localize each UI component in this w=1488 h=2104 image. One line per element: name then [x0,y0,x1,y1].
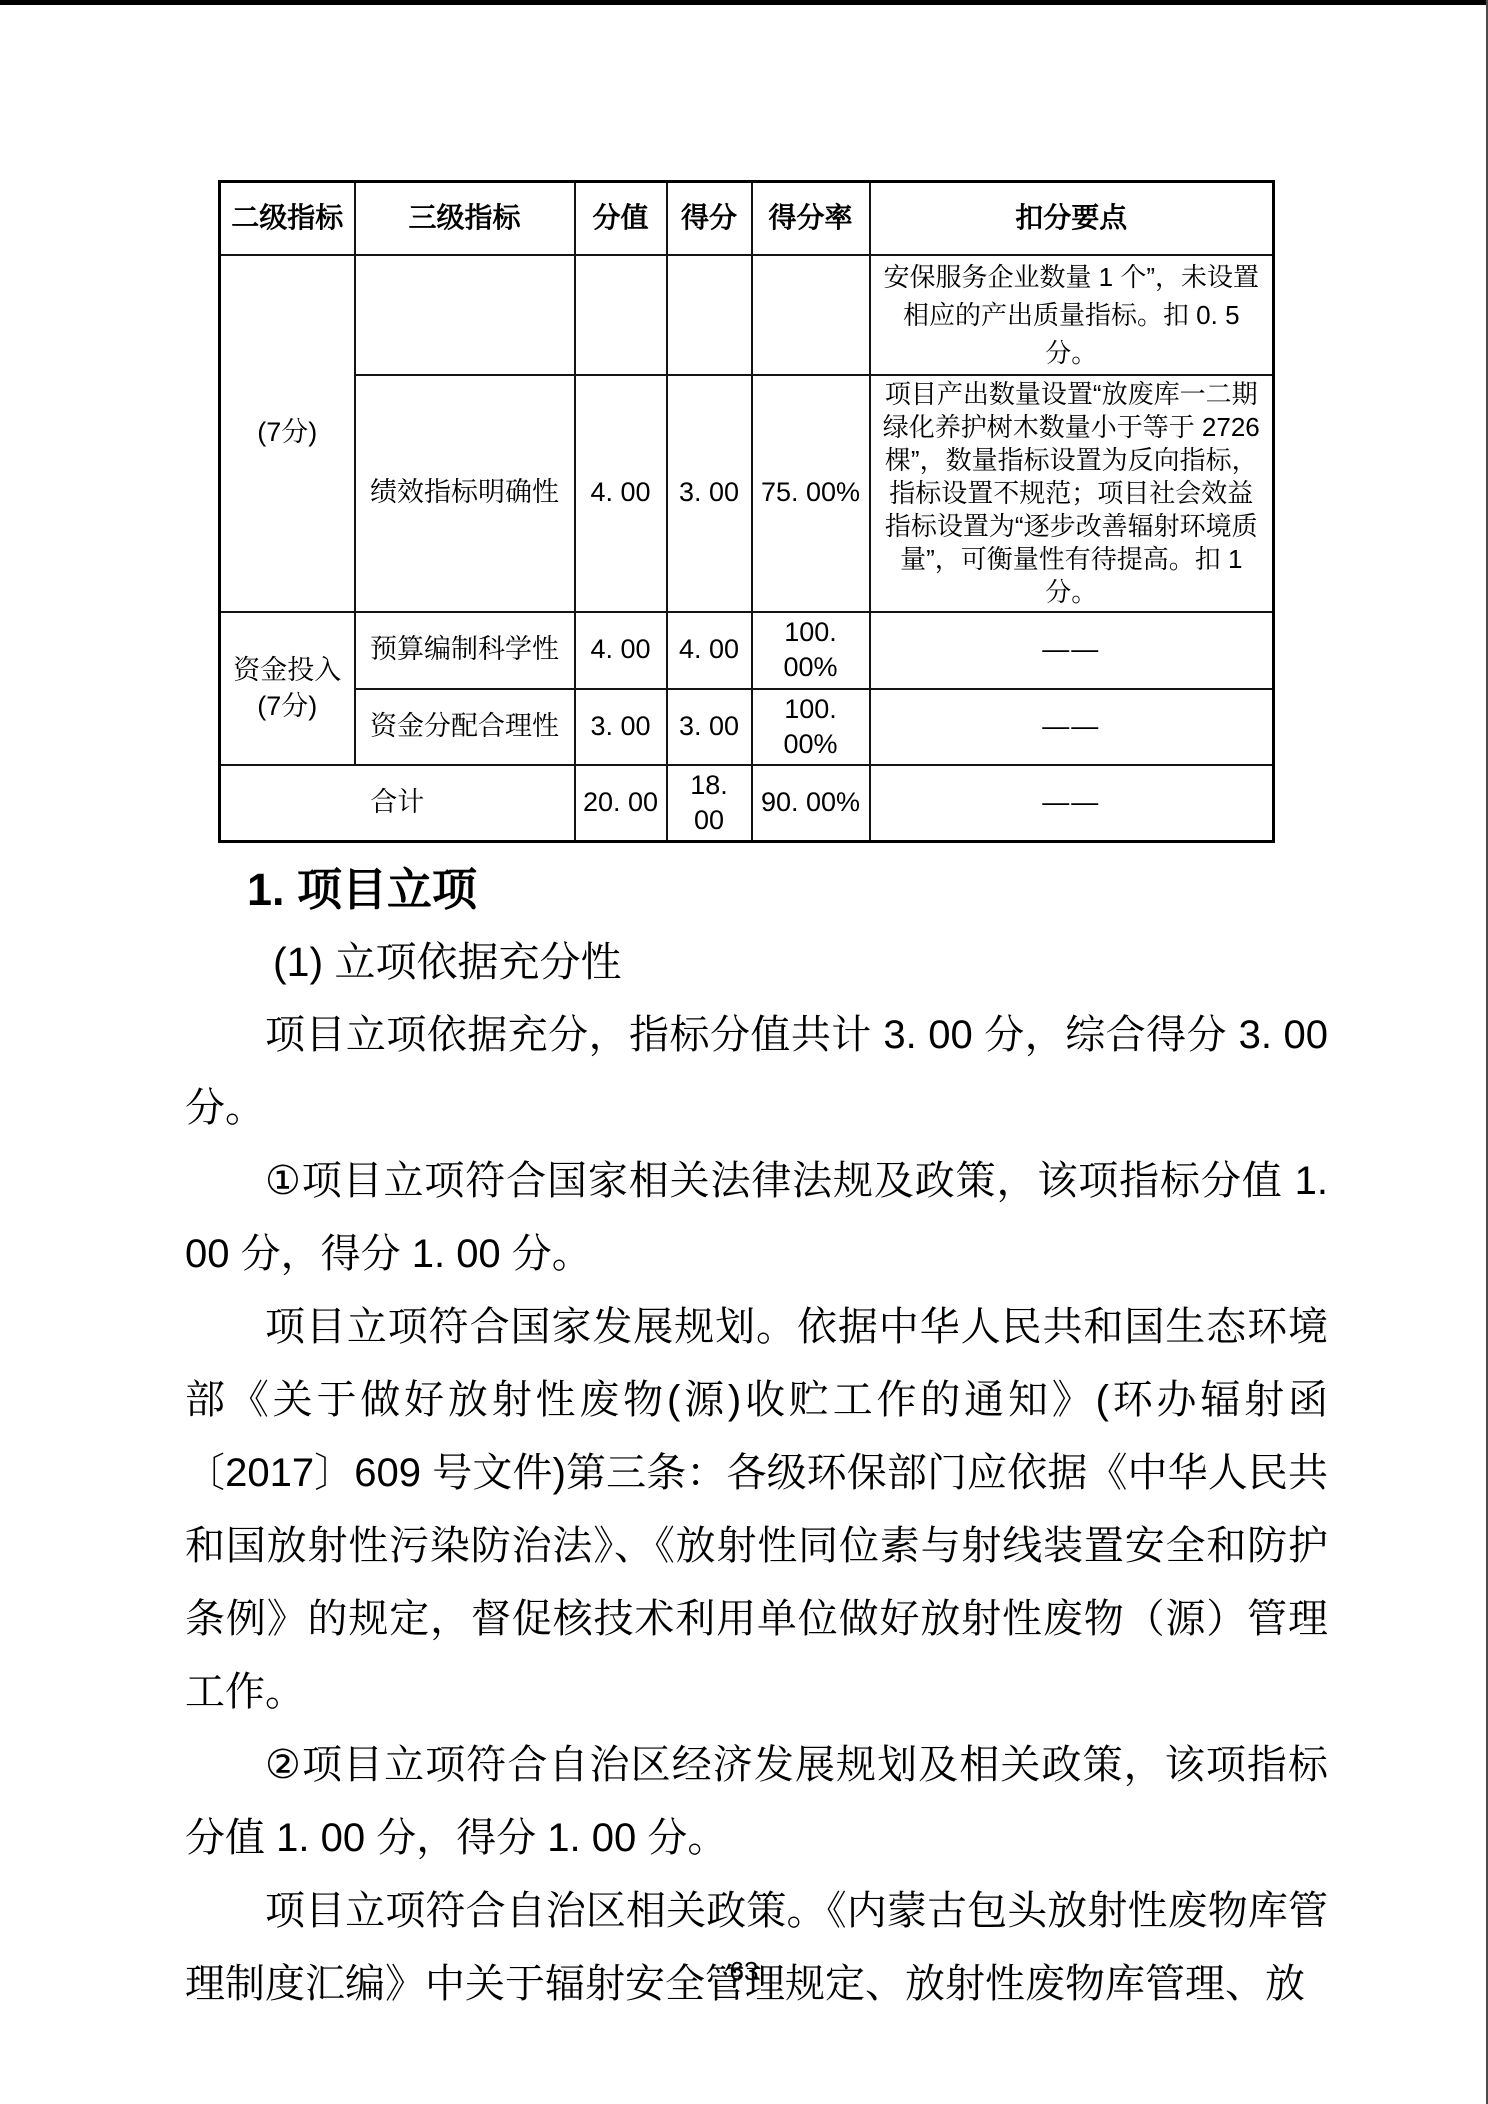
cell-total-score-value: 20. 00 [575,765,667,842]
cell-total-deduction: —— [870,765,1274,842]
cell-score-rate-jixiao: 75. 00% [752,375,870,612]
cell-total-score-got: 18. 00 [667,765,752,842]
zijin-label-line2: (7分) [227,688,348,724]
table-row-fenpei: 资金分配合理性 3. 00 3. 00 100. 00% —— [220,689,1274,765]
cell-score-got-fenpei: 3. 00 [667,689,752,765]
paragraph-item2-detail: 项目立项符合自治区相关政策。《内蒙古包头放射性废物库管理制度汇编》中关于辐射安全… [185,1875,1328,2021]
cell-score-rate-fenpei: 100. 00% [752,689,870,765]
cell-deduction-fenpei: —— [870,689,1274,765]
header-level2-indicator: 二级指标 [220,182,355,255]
cell-score-value-yusuan: 4. 00 [575,612,667,689]
cell-level2-zijin: 资金投入 (7分) [220,612,355,765]
cell-deduction-jixiao: 项目产出数量设置“放废库一二期绿化养护树木数量小于等于 2726 棵”，数量指标… [870,375,1274,612]
cell-empty-score-value [575,255,667,375]
paragraph-item1: ①项目立项符合国家相关法律法规及政策，该项指标分值 1. 00 分，得分 1. … [185,1145,1328,1291]
cell-deduction-carryover: 安保服务企业数量 1 个”，未设置相应的产出质量指标。扣 0. 5 分。 [870,255,1274,375]
paragraph-summary: 项目立项依据充分，指标分值共计 3. 00 分，综合得分 3. 00 分。 [185,999,1328,1145]
cell-level3-jixiao: 绩效指标明确性 [355,375,575,612]
paragraph-item2: ②项目立项符合自治区经济发展规划及相关政策，该项指标分值 1. 00 分，得分 … [185,1729,1328,1875]
cell-total-score-rate: 90. 00% [752,765,870,842]
cell-empty-score-got [667,255,752,375]
paragraph-item1-detail: 项目立项符合国家发展规划。依据中华人民共和国生态环境部《关于做好放射性废物(源)… [185,1291,1328,1729]
score-table: 二级指标 三级指标 分值 得分 得分率 扣分要点 (7分) 安保服务企业数量 1… [218,180,1275,843]
table-row-jixiao: 绩效指标明确性 4. 00 3. 00 75. 00% 项目产出数量设置“放废库… [220,375,1274,612]
table-row-carryover: (7分) 安保服务企业数量 1 个”，未设置相应的产出质量指标。扣 0. 5 分… [220,255,1274,375]
section-heading: 1. 项目立项 [185,853,1328,926]
page-top-border [0,0,1488,5]
cell-score-value-fenpei: 3. 00 [575,689,667,765]
header-deduction-points: 扣分要点 [870,182,1274,255]
cell-level3-yusuan: 预算编制科学性 [355,612,575,689]
cell-score-got-jixiao: 3. 00 [667,375,752,612]
document-page: { "table": { "col_headers": ["二级指标", "三级… [0,0,1488,2104]
header-score-rate: 得分率 [752,182,870,255]
cell-deduction-yusuan: —— [870,612,1274,689]
table-header-row: 二级指标 三级指标 分值 得分 得分率 扣分要点 [220,182,1274,255]
header-score-got: 得分 [667,182,752,255]
section-subheading: (1) 立项依据充分性 [185,926,1328,999]
cell-empty-score-rate [752,255,870,375]
table-row-yusuan: 资金投入 (7分) 预算编制科学性 4. 00 4. 00 100. 00% —… [220,612,1274,689]
cell-level3-fenpei: 资金分配合理性 [355,689,575,765]
cell-score-got-yusuan: 4. 00 [667,612,752,689]
body-text: 1. 项目立项 (1) 立项依据充分性 项目立项依据充分，指标分值共计 3. 0… [185,853,1328,2021]
zijin-label-line1: 资金投入 [227,652,348,688]
header-level3-indicator: 三级指标 [355,182,575,255]
header-score-value: 分值 [575,182,667,255]
cell-score-value-jixiao: 4. 00 [575,375,667,612]
cell-level2-7points: (7分) [220,255,355,612]
table-row-total: 合计 20. 00 18. 00 90. 00% —— [220,765,1274,842]
page-number: 63 [0,1956,1488,1986]
cell-total-label: 合计 [220,765,575,842]
cell-score-rate-yusuan: 100. 00% [752,612,870,689]
cell-empty-level3 [355,255,575,375]
